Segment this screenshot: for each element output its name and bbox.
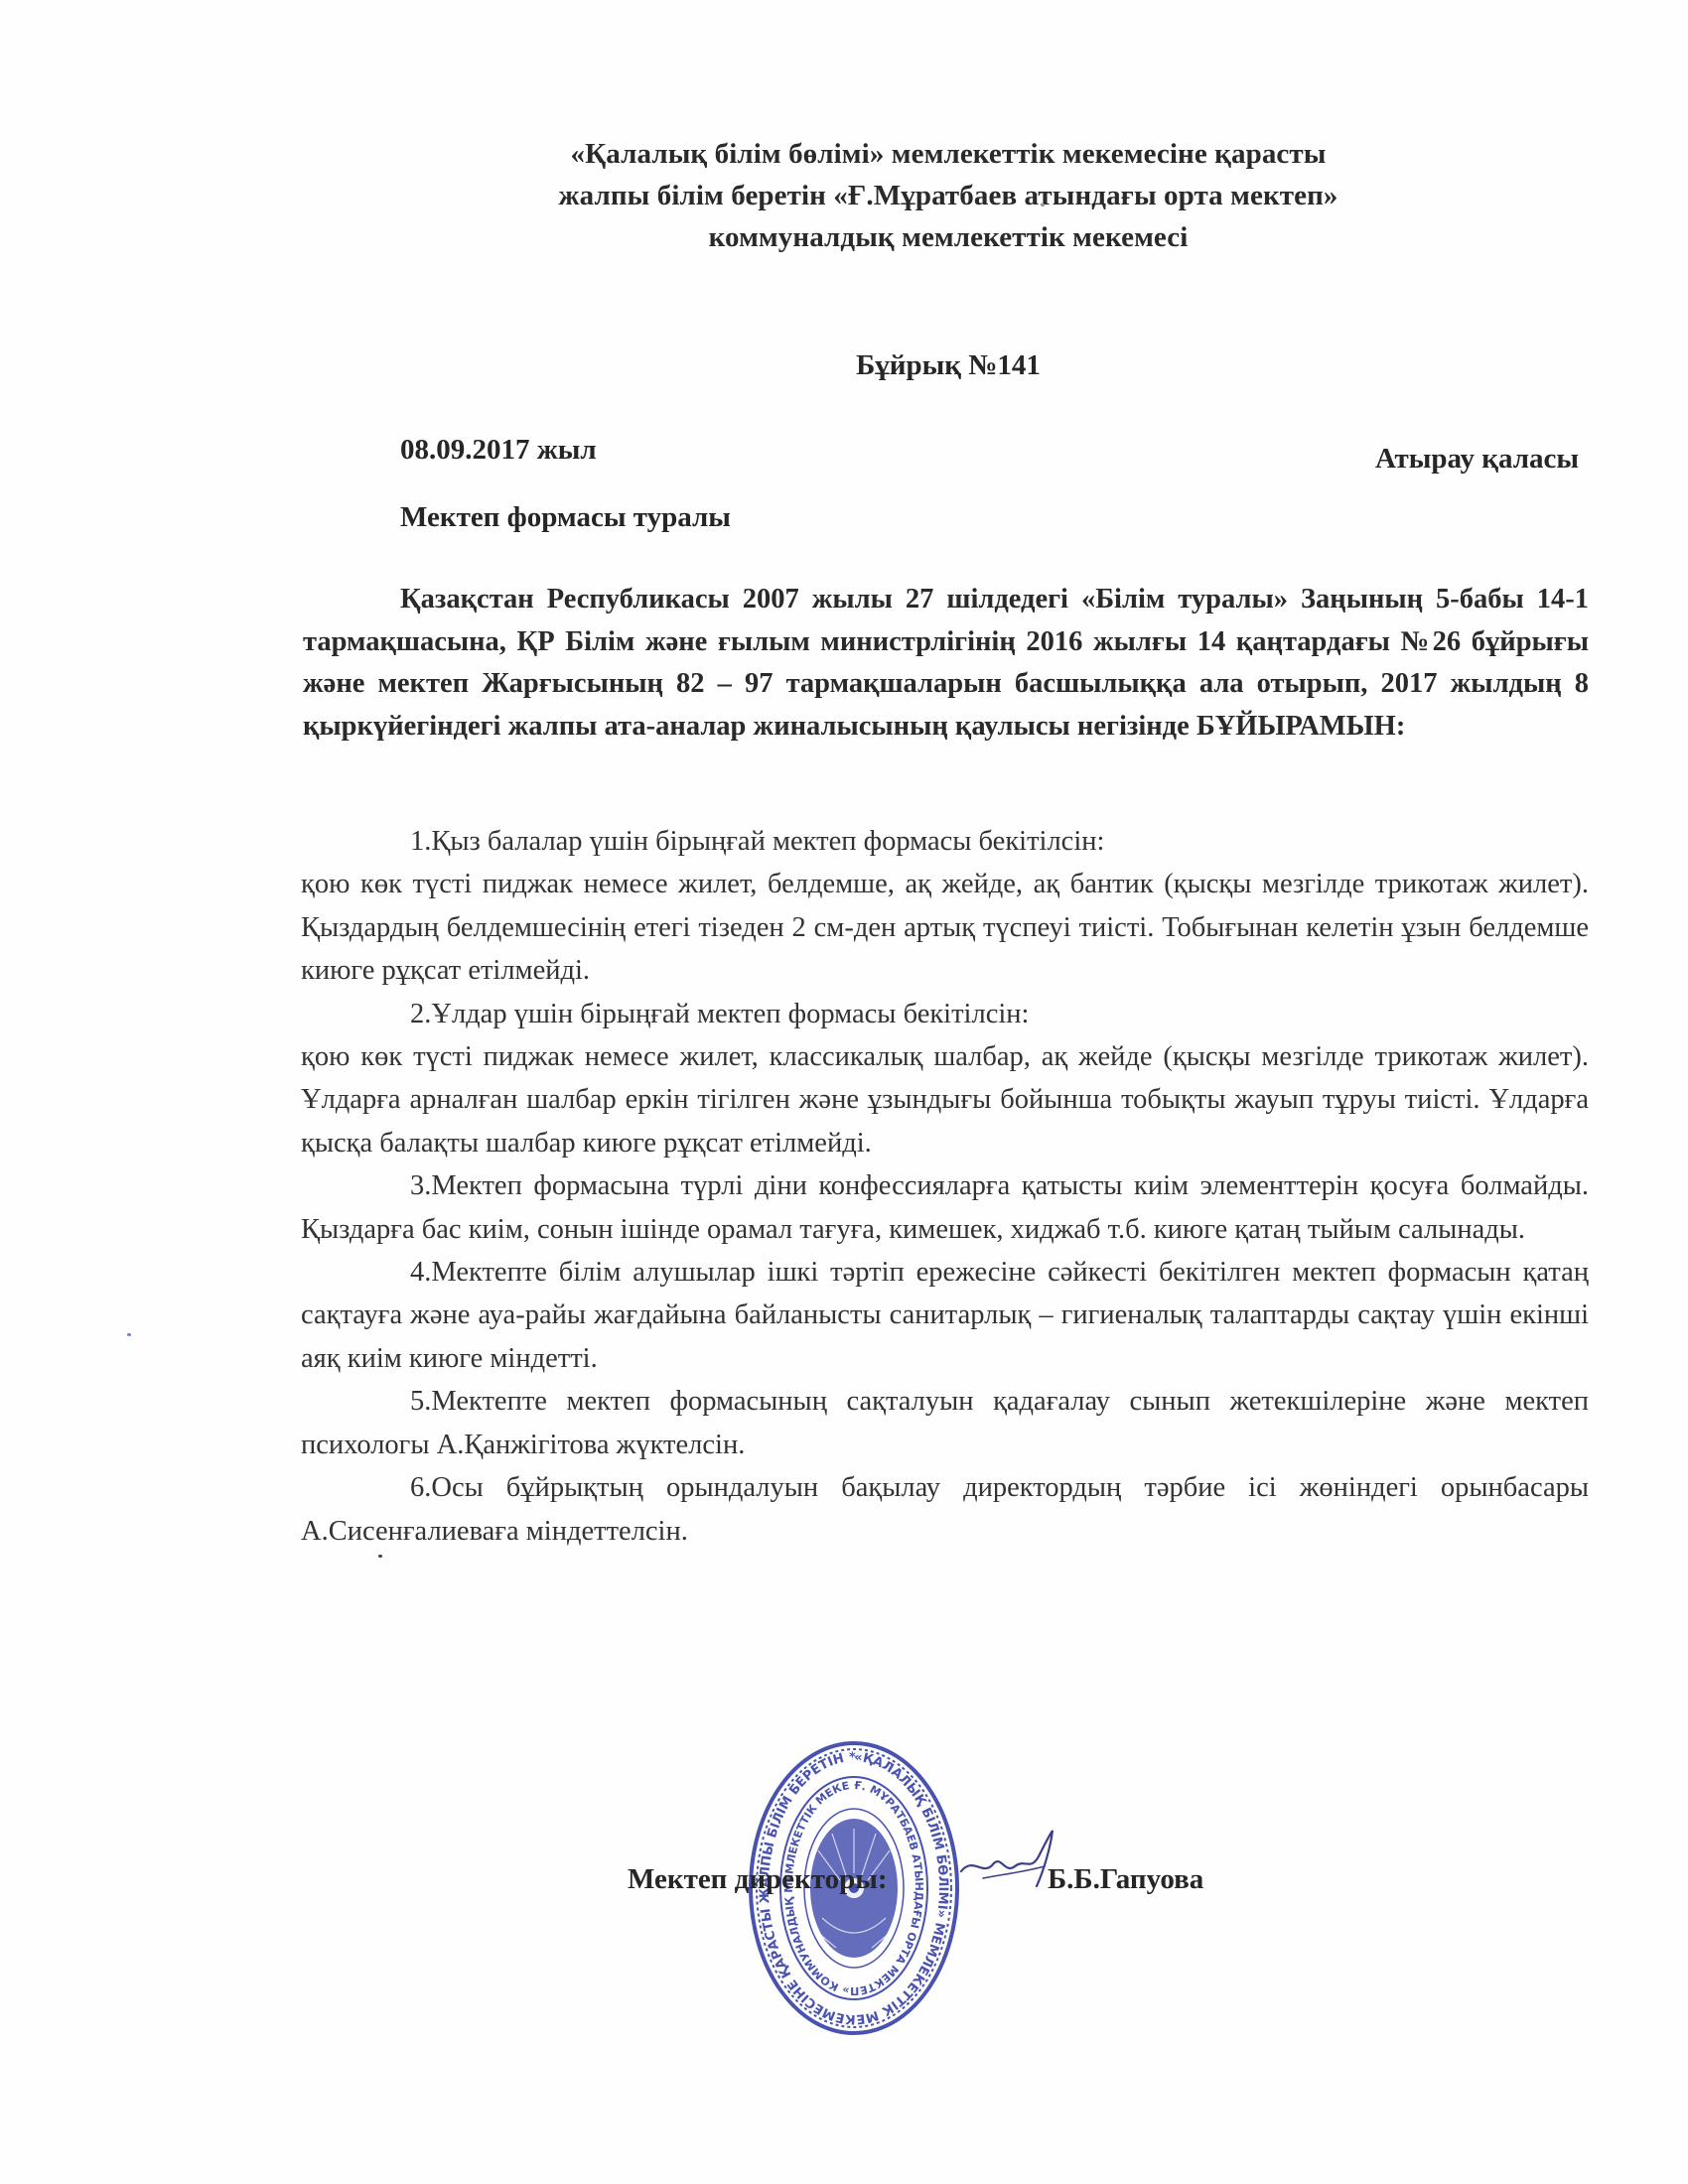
scan-speck xyxy=(378,1555,382,1558)
signatory-role: Мектеп директоры: xyxy=(628,1863,888,1896)
scan-speck xyxy=(127,1333,131,1336)
decree-word: БҰЙЫРАМЫН: xyxy=(1196,711,1405,742)
order-item-2: 2.Ұлдар үшін бірыңғай мектеп формасы бек… xyxy=(301,993,1589,1165)
order-item-6: 6.Осы бұйрықтың орындалуын бақылау дирек… xyxy=(301,1466,1589,1553)
order-preamble: Қазақстан Республикасы 2007 жылы 27 шілд… xyxy=(303,579,1589,748)
order-city: Атырау қаласы xyxy=(1375,443,1579,476)
order-subject: Мектеп формасы туралы xyxy=(400,501,731,534)
order-item-1: 1.Қыз балалар үшін бірыңғай мектеп форма… xyxy=(301,820,1589,993)
header-line-1: «Қалалық білім бөлімі» мемлекеттік мекем… xyxy=(298,133,1599,175)
order-date: 08.09.2017 жыл xyxy=(400,434,597,467)
item-2-heading: 2.Ұлдар үшін бірыңғай мектеп формасы бек… xyxy=(410,999,1029,1029)
item-1-heading: 1.Қыз балалар үшін бірыңғай мектеп форма… xyxy=(410,826,1104,857)
order-item-3: 3.Мектеп формасына түрлі діни конфессиял… xyxy=(301,1164,1589,1251)
item-2-body: қою көк түсті пиджак немесе жилет, класс… xyxy=(301,1035,1589,1164)
header-line-3: коммуналдық мемлекеттік мекемесі xyxy=(298,216,1599,258)
document-page: «Қалалық білім бөлімі» мемлекеттік мекем… xyxy=(0,0,1688,2184)
handwritten-signature-icon xyxy=(953,1817,1072,1896)
order-title: Бұйрық №141 xyxy=(298,349,1599,382)
institution-header: «Қалалық білім бөлімі» мемлекеттік мекем… xyxy=(298,133,1599,258)
order-items: 1.Қыз балалар үшін бірыңғай мектеп форма… xyxy=(301,820,1589,1553)
order-item-4: 4.Мектепте білім алушылар ішкі тәртіп ер… xyxy=(301,1251,1589,1380)
item-1-body: қою көк түсті пиджак немесе жилет, белде… xyxy=(301,863,1589,992)
header-line-2: жалпы білім беретін «Ғ.Мұратбаев атындағ… xyxy=(298,175,1599,216)
scan-speck xyxy=(1041,204,1045,206)
order-item-5: 5.Мектепте мектеп формасының сақталуын қ… xyxy=(301,1380,1589,1466)
